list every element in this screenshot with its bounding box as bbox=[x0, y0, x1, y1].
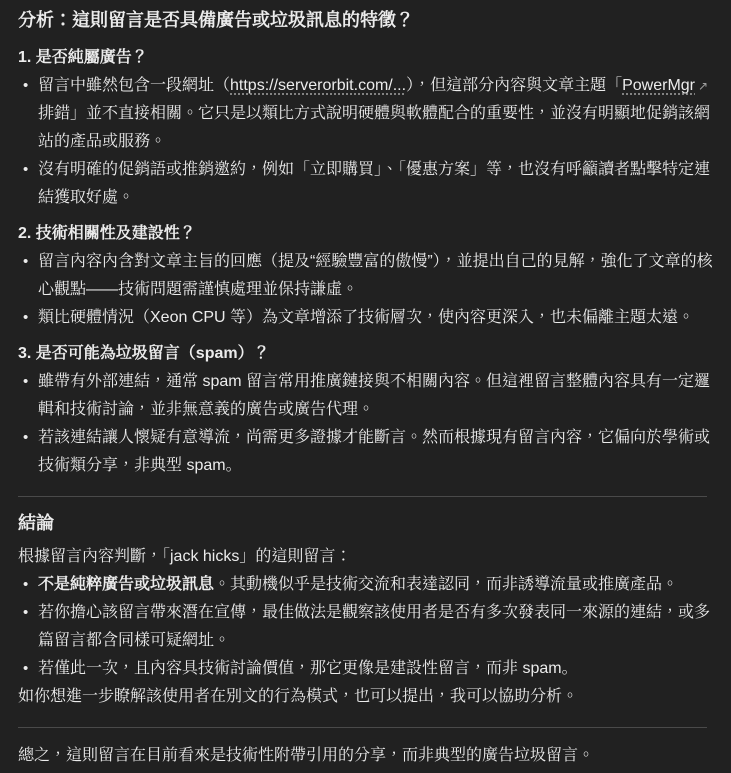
text-segment: 雖帶有外部連結，通常 spam 留言常用推廣鏈接與不相關內容。但這裡留言整體內容… bbox=[38, 373, 710, 418]
list-item: 若該連結讓人懷疑有意導流，尚需更多證據才能斷言。然而根據現有留言內容，它偏向於學… bbox=[18, 424, 717, 480]
bold-text-segment: 不是純粹廣告或垃圾訊息 bbox=[38, 576, 214, 593]
list-item: 不是純粹廣告或垃圾訊息。其動機似乎是技術交流和表達認同，而非誘導流量或推廣產品。 bbox=[18, 571, 717, 599]
section-2-list: 留言內容內含對文章主旨的回應（提及“經驗豐富的傲慢”），並提出自己的見解，強化了… bbox=[18, 248, 717, 332]
list-item: 沒有明確的促銷語或推銷邀約，例如「立即購買」、「優惠方案」等，也沒有呼籲讀者點擊… bbox=[18, 156, 717, 212]
conclusion-intro: 根據留言內容判斷，「jack hicks」的這則留言： bbox=[18, 543, 717, 571]
text-segment: ），但這部分內容與文章主題「 bbox=[406, 77, 622, 94]
external-link-arrow-icon: ↗ bbox=[698, 72, 708, 100]
text-segment: 留言內容內含對文章主旨的回應（提及“經驗豐富的傲慢”），並提出自己的見解，強化了… bbox=[38, 253, 713, 298]
closing-divider bbox=[18, 727, 707, 728]
list-item: 若你擔心該留言帶來潛在宣傳，最佳做法是觀察該使用者是否有多次發表同一來源的連結，… bbox=[18, 599, 717, 655]
text-segment: 。其動機似乎是技術交流和表達認同，而非誘導流量或推廣產品。 bbox=[214, 576, 678, 593]
list-item: 類比硬體情況（Xeon CPU 等）為文章增添了技術層次，使內容更深入，也未偏離… bbox=[18, 304, 717, 332]
conclusion-list: 不是純粹廣告或垃圾訊息。其動機似乎是技術交流和表達認同，而非誘導流量或推廣產品。… bbox=[18, 571, 717, 683]
conclusion-heading: 結論 bbox=[18, 509, 717, 537]
assistant-message: { "colors": { "background": "#212121", "… bbox=[0, 0, 731, 773]
section-3-list: 雖帶有外部連結，通常 spam 留言常用推廣鏈接與不相關內容。但這裡留言整體內容… bbox=[18, 368, 717, 480]
section-pure-advertising: 1. 是否純屬廣告？ 留言中雖然包含一段網址（https://serverorb… bbox=[18, 44, 717, 212]
section-1-heading: 1. 是否純屬廣告？ bbox=[18, 44, 717, 72]
list-item: 雖帶有外部連結，通常 spam 留言常用推廣鏈接與不相關內容。但這裡留言整體內容… bbox=[18, 368, 717, 424]
text-segment: 若你擔心該留言帶來潛在宣傳，最佳做法是觀察該使用者是否有多次發表同一來源的連結，… bbox=[38, 604, 710, 649]
section-2-heading: 2. 技術相關性及建設性？ bbox=[18, 220, 717, 248]
analysis-document: 分析：這則留言是否具備廣告或垃圾訊息的特徵？ 1. 是否純屬廣告？ 留言中雖然包… bbox=[18, 6, 717, 770]
text-segment: 類比硬體情況（Xeon CPU 等）為文章增添了技術層次，使內容更深入，也未偏離… bbox=[38, 309, 694, 326]
list-item: 若僅此一次，且內容具技術討論價值，那它更像是建設性留言，而非 spam。 bbox=[18, 655, 717, 683]
text-segment: 留言中雖然包含一段網址（ bbox=[38, 77, 230, 94]
text-segment: 排錯」並不直接相關。它只是以類比方式說明硬體與軟體配合的重要性，並沒有明顯地促銷… bbox=[38, 105, 710, 150]
section-technical-relevance: 2. 技術相關性及建設性？ 留言內容內含對文章主旨的回應（提及“經驗豐富的傲慢”… bbox=[18, 220, 717, 332]
analysis-title: 分析：這則留言是否具備廣告或垃圾訊息的特徵？ bbox=[18, 6, 717, 34]
section-3-heading: 3. 是否可能為垃圾留言（spam）？ bbox=[18, 340, 717, 368]
list-item: 留言中雖然包含一段網址（https://serverorbit.com/...）… bbox=[18, 72, 717, 156]
section-spam-possibility: 3. 是否可能為垃圾留言（spam）？ 雖帶有外部連結，通常 spam 留言常用… bbox=[18, 340, 717, 480]
section-divider bbox=[18, 496, 707, 497]
text-segment: 若僅此一次，且內容具技術討論價值，那它更像是建設性留言，而非 spam。 bbox=[38, 660, 578, 677]
text-segment: 若該連結讓人懷疑有意導流，尚需更多證據才能斷言。然而根據現有留言內容，它偏向於學… bbox=[38, 429, 710, 474]
text-segment: 沒有明確的促銷語或推銷邀約，例如「立即購買」、「優惠方案」等，也沒有呼籲讀者點擊… bbox=[38, 161, 710, 206]
list-item: 留言內容內含對文章主旨的回應（提及“經驗豐富的傲慢”），並提出自己的見解，強化了… bbox=[18, 248, 717, 304]
followup-offer: 如你想進一步瞭解該使用者在別文的行為模式，也可以提出，我可以協助分析。 bbox=[18, 683, 717, 711]
serverorbit-url-link[interactable]: https://serverorbit.com/... bbox=[230, 77, 406, 94]
section-1-list: 留言中雖然包含一段網址（https://serverorbit.com/...）… bbox=[18, 72, 717, 212]
closing-summary: 總之，這則留言在目前看來是技術性附帶引用的分享，而非典型的廣告垃圾留言。 bbox=[18, 742, 717, 770]
powermgr-link[interactable]: PowerMgr bbox=[622, 77, 695, 94]
section-conclusion: 結論 根據留言內容判斷，「jack hicks」的這則留言： 不是純粹廣告或垃圾… bbox=[18, 509, 717, 711]
